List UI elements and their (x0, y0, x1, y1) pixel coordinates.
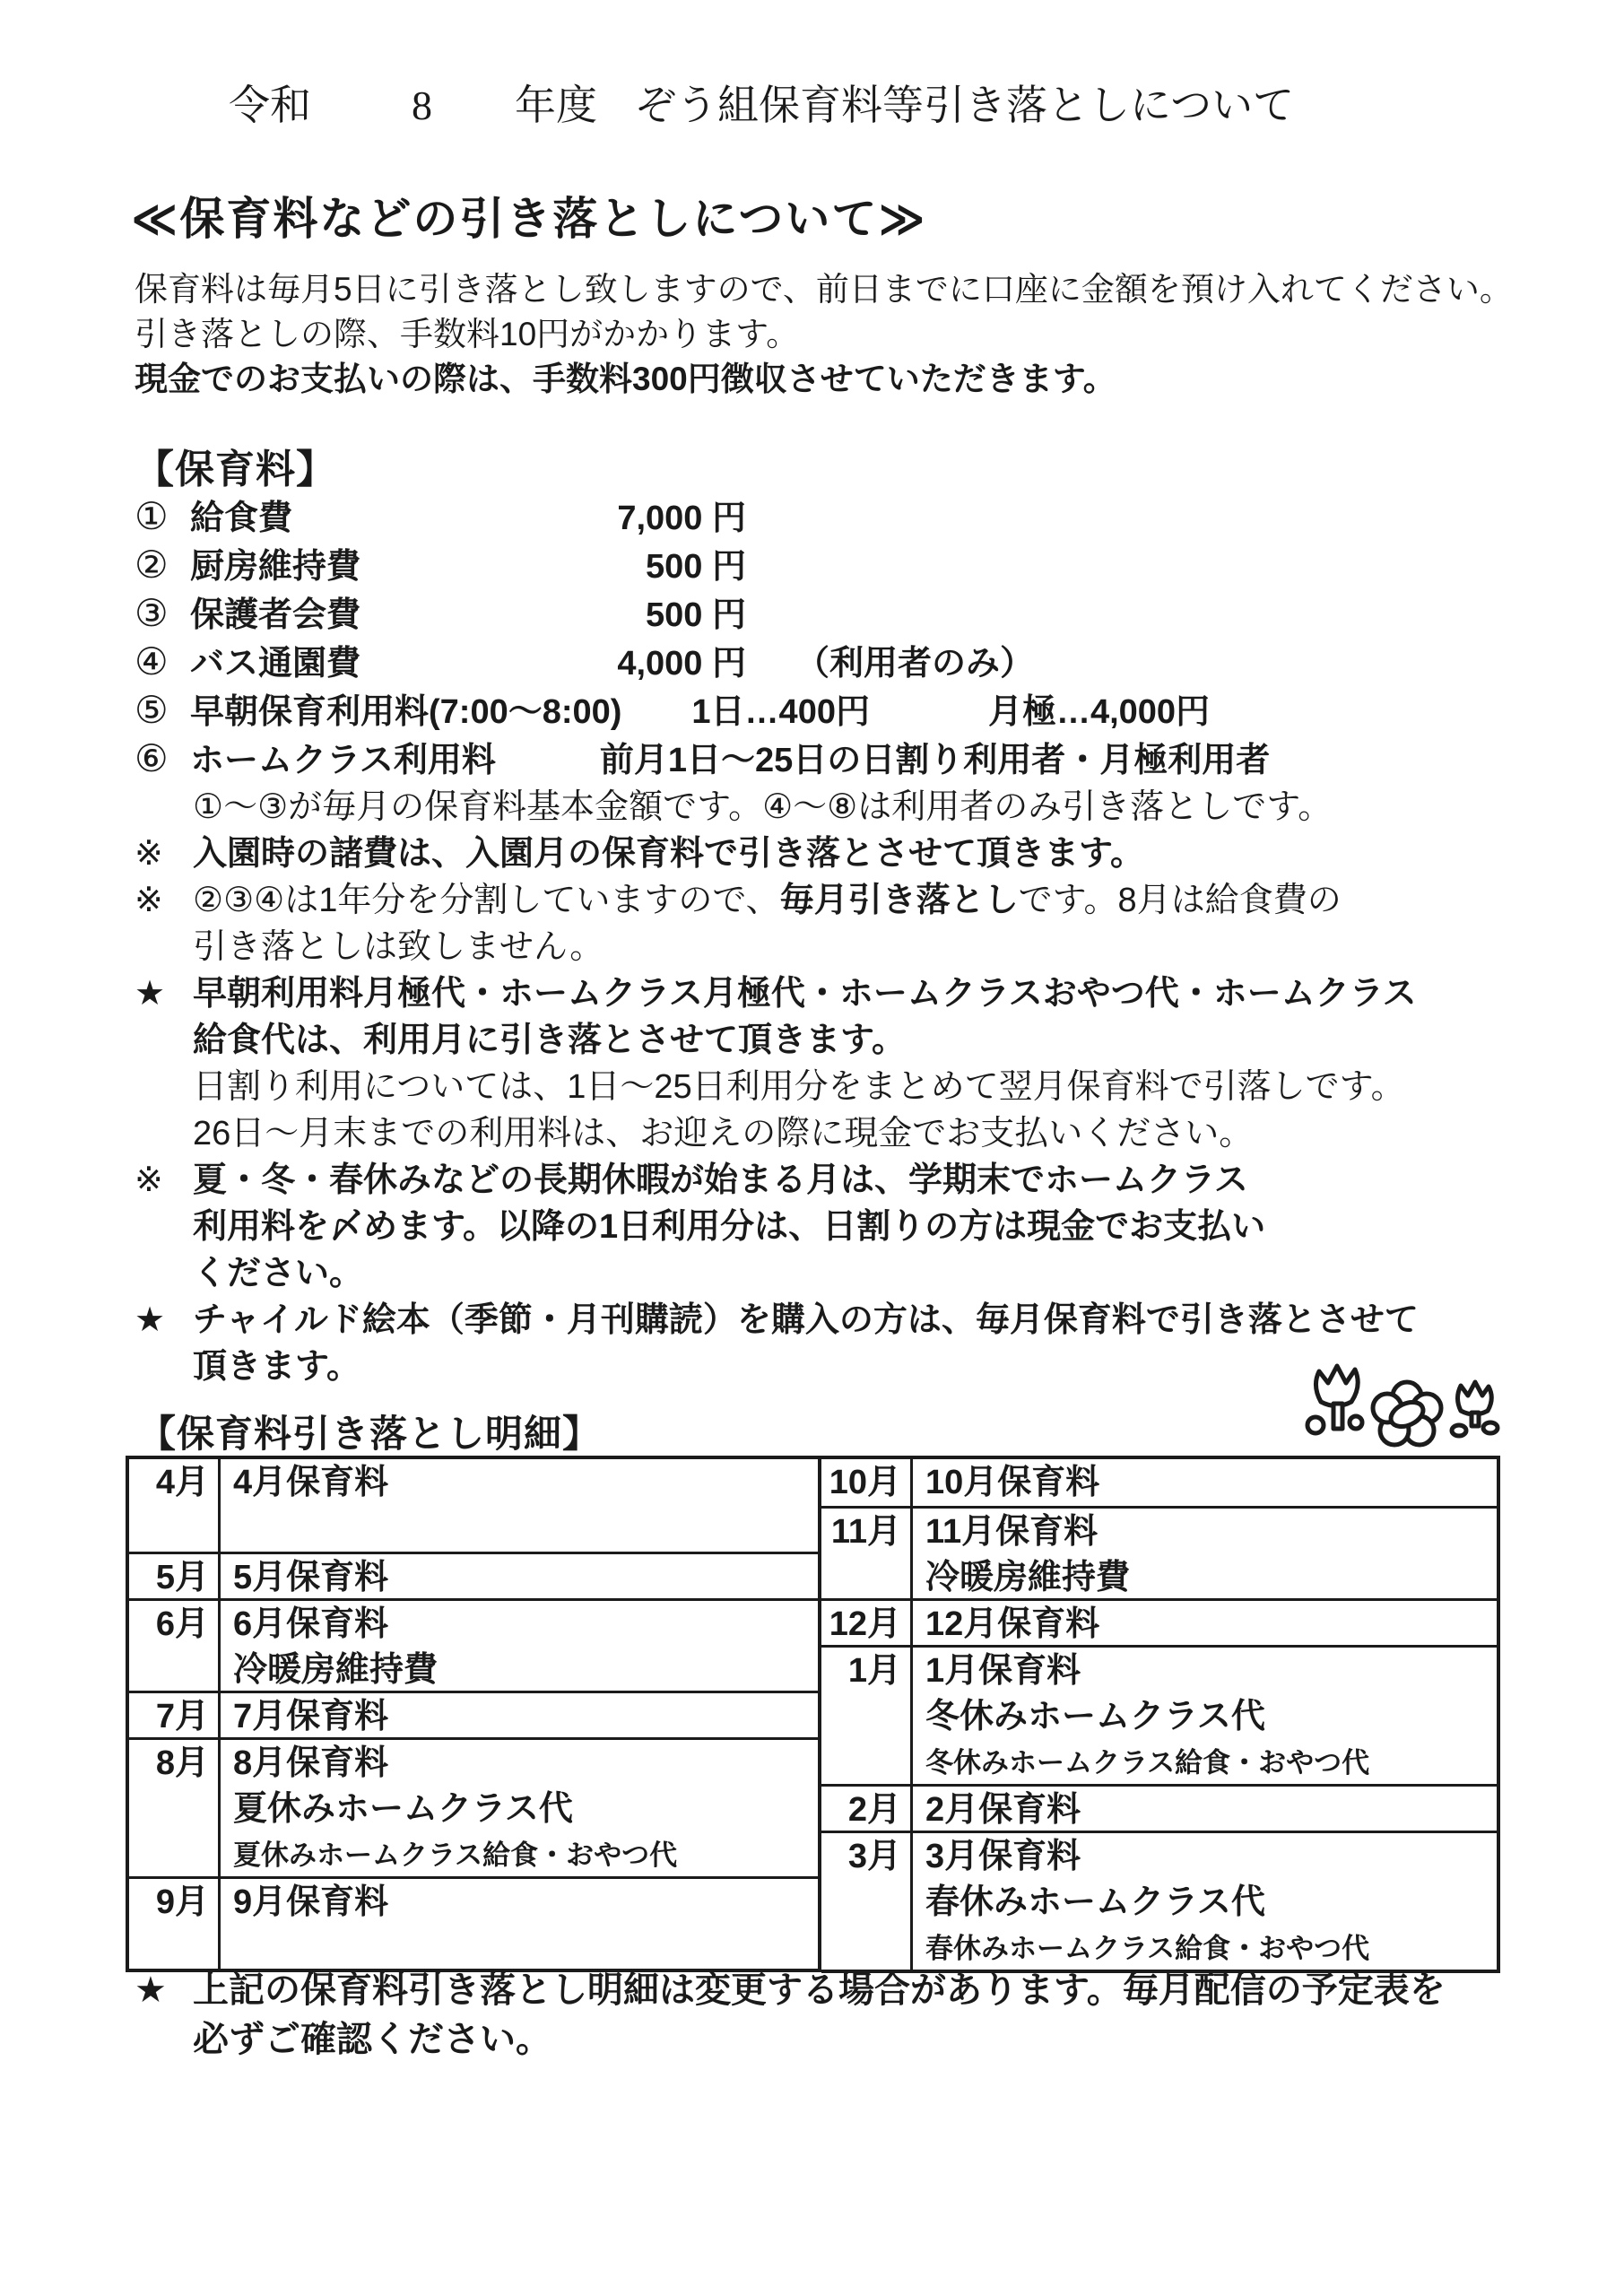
intro-paragraph: 保育料は毎月5日に引き落とし致しますので、前日までに口座に金額を預け入れてくださ… (135, 267, 1513, 402)
fee-amount: 500 円 (567, 592, 746, 639)
note-continuation: 引き落としは致しません。 (135, 924, 1419, 970)
intro-line-1: 保育料は毎月5日に引き落とし致しますので、前日までに口座に金額を預け入れてくださ… (135, 267, 1513, 312)
fee-label: 給食費 (190, 495, 567, 542)
month-cell: 5月 (129, 1554, 221, 1598)
note-continuation: 利用料を〆めます。以降の1日利用分は、日割りの方は現金でお支払い (135, 1204, 1419, 1250)
note-entry: ※ 夏・冬・春休みなどの長期休暇が始まる月は、学期末でホームクラス (135, 1157, 1419, 1204)
detail-cell: 4月保育料 (221, 1459, 818, 1552)
note-entry: ★ 早朝利用料月極代・ホームクラス月極代・ホームクラスおやつ代・ホームクラス (135, 970, 1419, 1017)
month-cell: 11月 (821, 1509, 913, 1598)
month-cell: 9月 (129, 1879, 221, 1969)
month-cell: 8月 (129, 1740, 221, 1876)
detail-cell: 1月保育料 冬休みホームクラス代 冬休みホームクラス給食・おやつ代 (913, 1648, 1497, 1784)
nendo-label: 年度 (515, 79, 597, 133)
fee-label: ホームクラス利用料 (190, 737, 496, 784)
fees-heading: 【保育料】 (135, 447, 1419, 493)
table-row: 8月 8月保育料 夏休みホームクラス代 夏休みホームクラス給食・おやつ代 (129, 1737, 818, 1876)
month-cell: 7月 (129, 1693, 221, 1737)
note-continuation: 26日～月末までの利用料は、お迎えの際に現金でお支払いください。 (135, 1110, 1419, 1157)
fee-item-3: ③ 保護者会費 500 円 (135, 590, 1419, 639)
table-row: 7月 7月保育料 (129, 1691, 818, 1737)
month-cell: 1月 (821, 1648, 913, 1784)
fee-amount: 1日…400円 (691, 689, 870, 735)
fee-label: 厨房維持費 (190, 544, 567, 590)
note-continuation: 日割り利用については、1日～25日利用分をまとめて翌月保育料で引落しです。 (135, 1064, 1419, 1110)
table-row: 10月 10月保育料 (821, 1459, 1497, 1506)
fees-and-notes: 【保育料】 ① 給食費 7,000 円 ② 厨房維持費 500 円 ③ 保護者会… (135, 447, 1419, 1390)
circled-number-icon: ① (135, 493, 190, 540)
circled-number-icon: ⑤ (135, 687, 190, 734)
flower-icon (1373, 1382, 1441, 1445)
fee-item-1: ① 給食費 7,000 円 (135, 493, 1419, 542)
detail-cell: 3月保育料 春休みホームクラス代 春休みホームクラス給食・おやつ代 (913, 1833, 1497, 1970)
era-label: 令和 (229, 79, 311, 133)
circled-number-icon: ② (135, 542, 190, 588)
table-row: 5月 5月保育料 (129, 1552, 818, 1598)
section-heading: ≪保育料などの引き落としについて≫ (131, 183, 927, 248)
star-mark: ★ (135, 970, 193, 1017)
detail-cell: 2月保育料 (913, 1787, 1497, 1831)
doc-title: 令和 8 年度 ぞう組保育料等引き落としについて (229, 79, 1294, 133)
table-row: 6月 6月保育料 冷暖房維持費 (129, 1598, 818, 1691)
circled-number-icon: ③ (135, 590, 190, 637)
note-entry: ※ ②③④は1年分を分割していますので、毎月引き落としです。8月は給食費の (135, 877, 1419, 924)
fee-item-4: ④ バス通園費 4,000 円 （利用者のみ） (135, 639, 1419, 687)
month-cell: 2月 (821, 1787, 913, 1831)
month-cell: 12月 (821, 1601, 913, 1645)
reference-mark: ※ (135, 877, 193, 924)
note-continuation: ください。 (135, 1250, 1419, 1297)
detail-cell: 12月保育料 (913, 1601, 1497, 1645)
month-cell: 10月 (821, 1459, 913, 1506)
flower-doodles (1296, 1359, 1500, 1450)
note-continuation: 頂きます。 (135, 1344, 1419, 1390)
fee-label: 早朝保育利用料(7:00～8:00) (190, 689, 621, 735)
note-continuation: 給食代は、利用月に引き落とさせて頂きます。 (135, 1017, 1419, 1064)
detail-cell: 11月保育料 冷暖房維持費 (913, 1509, 1497, 1598)
table-row: 11月 11月保育料 冷暖房維持費 (821, 1506, 1497, 1598)
withdrawal-detail-tables: 4月 4月保育料 5月 5月保育料 6月 6月保育料 冷暖房維持費 7月 7月保… (126, 1456, 1500, 1973)
title-text: ぞう組保育料等引き落としについて (635, 79, 1294, 133)
table-row: 2月 2月保育料 (821, 1784, 1497, 1831)
star-mark: ★ (135, 1966, 193, 2065)
month-cell: 3月 (821, 1833, 913, 1970)
reference-mark: ※ (135, 1157, 193, 1204)
fee-amount: 500 円 (567, 544, 746, 590)
detail-cell: 6月保育料 冷暖房維持費 (221, 1601, 818, 1691)
detail-cell: 7月保育料 (221, 1693, 818, 1737)
year-value: 8 (412, 79, 432, 133)
month-cell: 4月 (129, 1459, 221, 1552)
detail-cell: 5月保育料 (221, 1554, 818, 1598)
circled-number-icon: ⑥ (135, 735, 190, 782)
tulip-icon (1452, 1382, 1498, 1436)
fee-note: （利用者のみ） (795, 640, 1034, 687)
star-mark: ★ (135, 1297, 193, 1344)
table-row: 4月 4月保育料 (129, 1459, 818, 1552)
tulip-icon (1307, 1366, 1362, 1433)
fee-note: 月極…4,000円 (988, 689, 1210, 735)
detail-table-left: 4月 4月保育料 5月 5月保育料 6月 6月保育料 冷暖房維持費 7月 7月保… (126, 1456, 821, 1972)
table-row: 9月 9月保育料 (129, 1876, 818, 1969)
fee-item-6: ⑥ ホームクラス利用料 前月1日～25日の日割り利用者・月極利用者 (135, 735, 1419, 784)
fee-item-2: ② 厨房維持費 500 円 (135, 542, 1419, 590)
fee-label: 保護者会費 (190, 592, 567, 639)
fee-item-5: ⑤ 早朝保育利用料(7:00～8:00) 1日…400円 月極…4,000円 (135, 687, 1419, 735)
fee-amount: 7,000 円 (567, 495, 746, 542)
reference-mark: ※ (135, 831, 193, 877)
detail-heading: 【保育料引き落とし明細】 (138, 1405, 601, 1458)
note-entry: ★ チャイルド絵本（季節・月刊購読）を購入の方は、毎月保育料で引き落とさせて (135, 1297, 1419, 1344)
fee-label: バス通園費 (190, 640, 567, 687)
detail-cell: 9月保育料 (221, 1879, 818, 1969)
detail-table-right: 10月 10月保育料 11月 11月保育料 冷暖房維持費 12月 12月保育料 … (821, 1456, 1500, 1973)
fee-note: 前月1日～25日の日割り利用者・月極利用者 (600, 737, 1270, 784)
circled-number-icon: ④ (135, 639, 190, 685)
intro-line-3: 現金でのお支払いの際は、手数料300円徴収させていただきます。 (135, 357, 1513, 402)
document-page: { "doc_title": { "era": "令和", "year": "8… (0, 0, 1624, 2296)
fee-amount: 4,000 円 (567, 640, 746, 687)
footer-note: ★ 上記の保育料引き落とし明細は変更する場合があります。毎月配信の予定表を 必ず… (135, 1966, 1446, 2065)
month-cell: 6月 (129, 1601, 221, 1691)
intro-line-2: 引き落としの際、手数料10円がかかります。 (135, 312, 1513, 357)
table-row: 3月 3月保育料 春休みホームクラス代 春休みホームクラス給食・おやつ代 (821, 1831, 1497, 1970)
table-row: 1月 1月保育料 冬休みホームクラス代 冬休みホームクラス給食・おやつ代 (821, 1645, 1497, 1784)
table-row: 12月 12月保育料 (821, 1598, 1497, 1645)
detail-cell: 10月保育料 (913, 1459, 1497, 1506)
detail-cell: 8月保育料 夏休みホームクラス代 夏休みホームクラス給食・おやつ代 (221, 1740, 818, 1876)
note-entry: ※ 入園時の諸費は、入園月の保育料で引き落とさせて頂きます。 (135, 831, 1419, 877)
fees-summary: ①～③が毎月の保育料基本金額です。④～⑧は利用者のみ引き落としです。 (135, 784, 1419, 831)
